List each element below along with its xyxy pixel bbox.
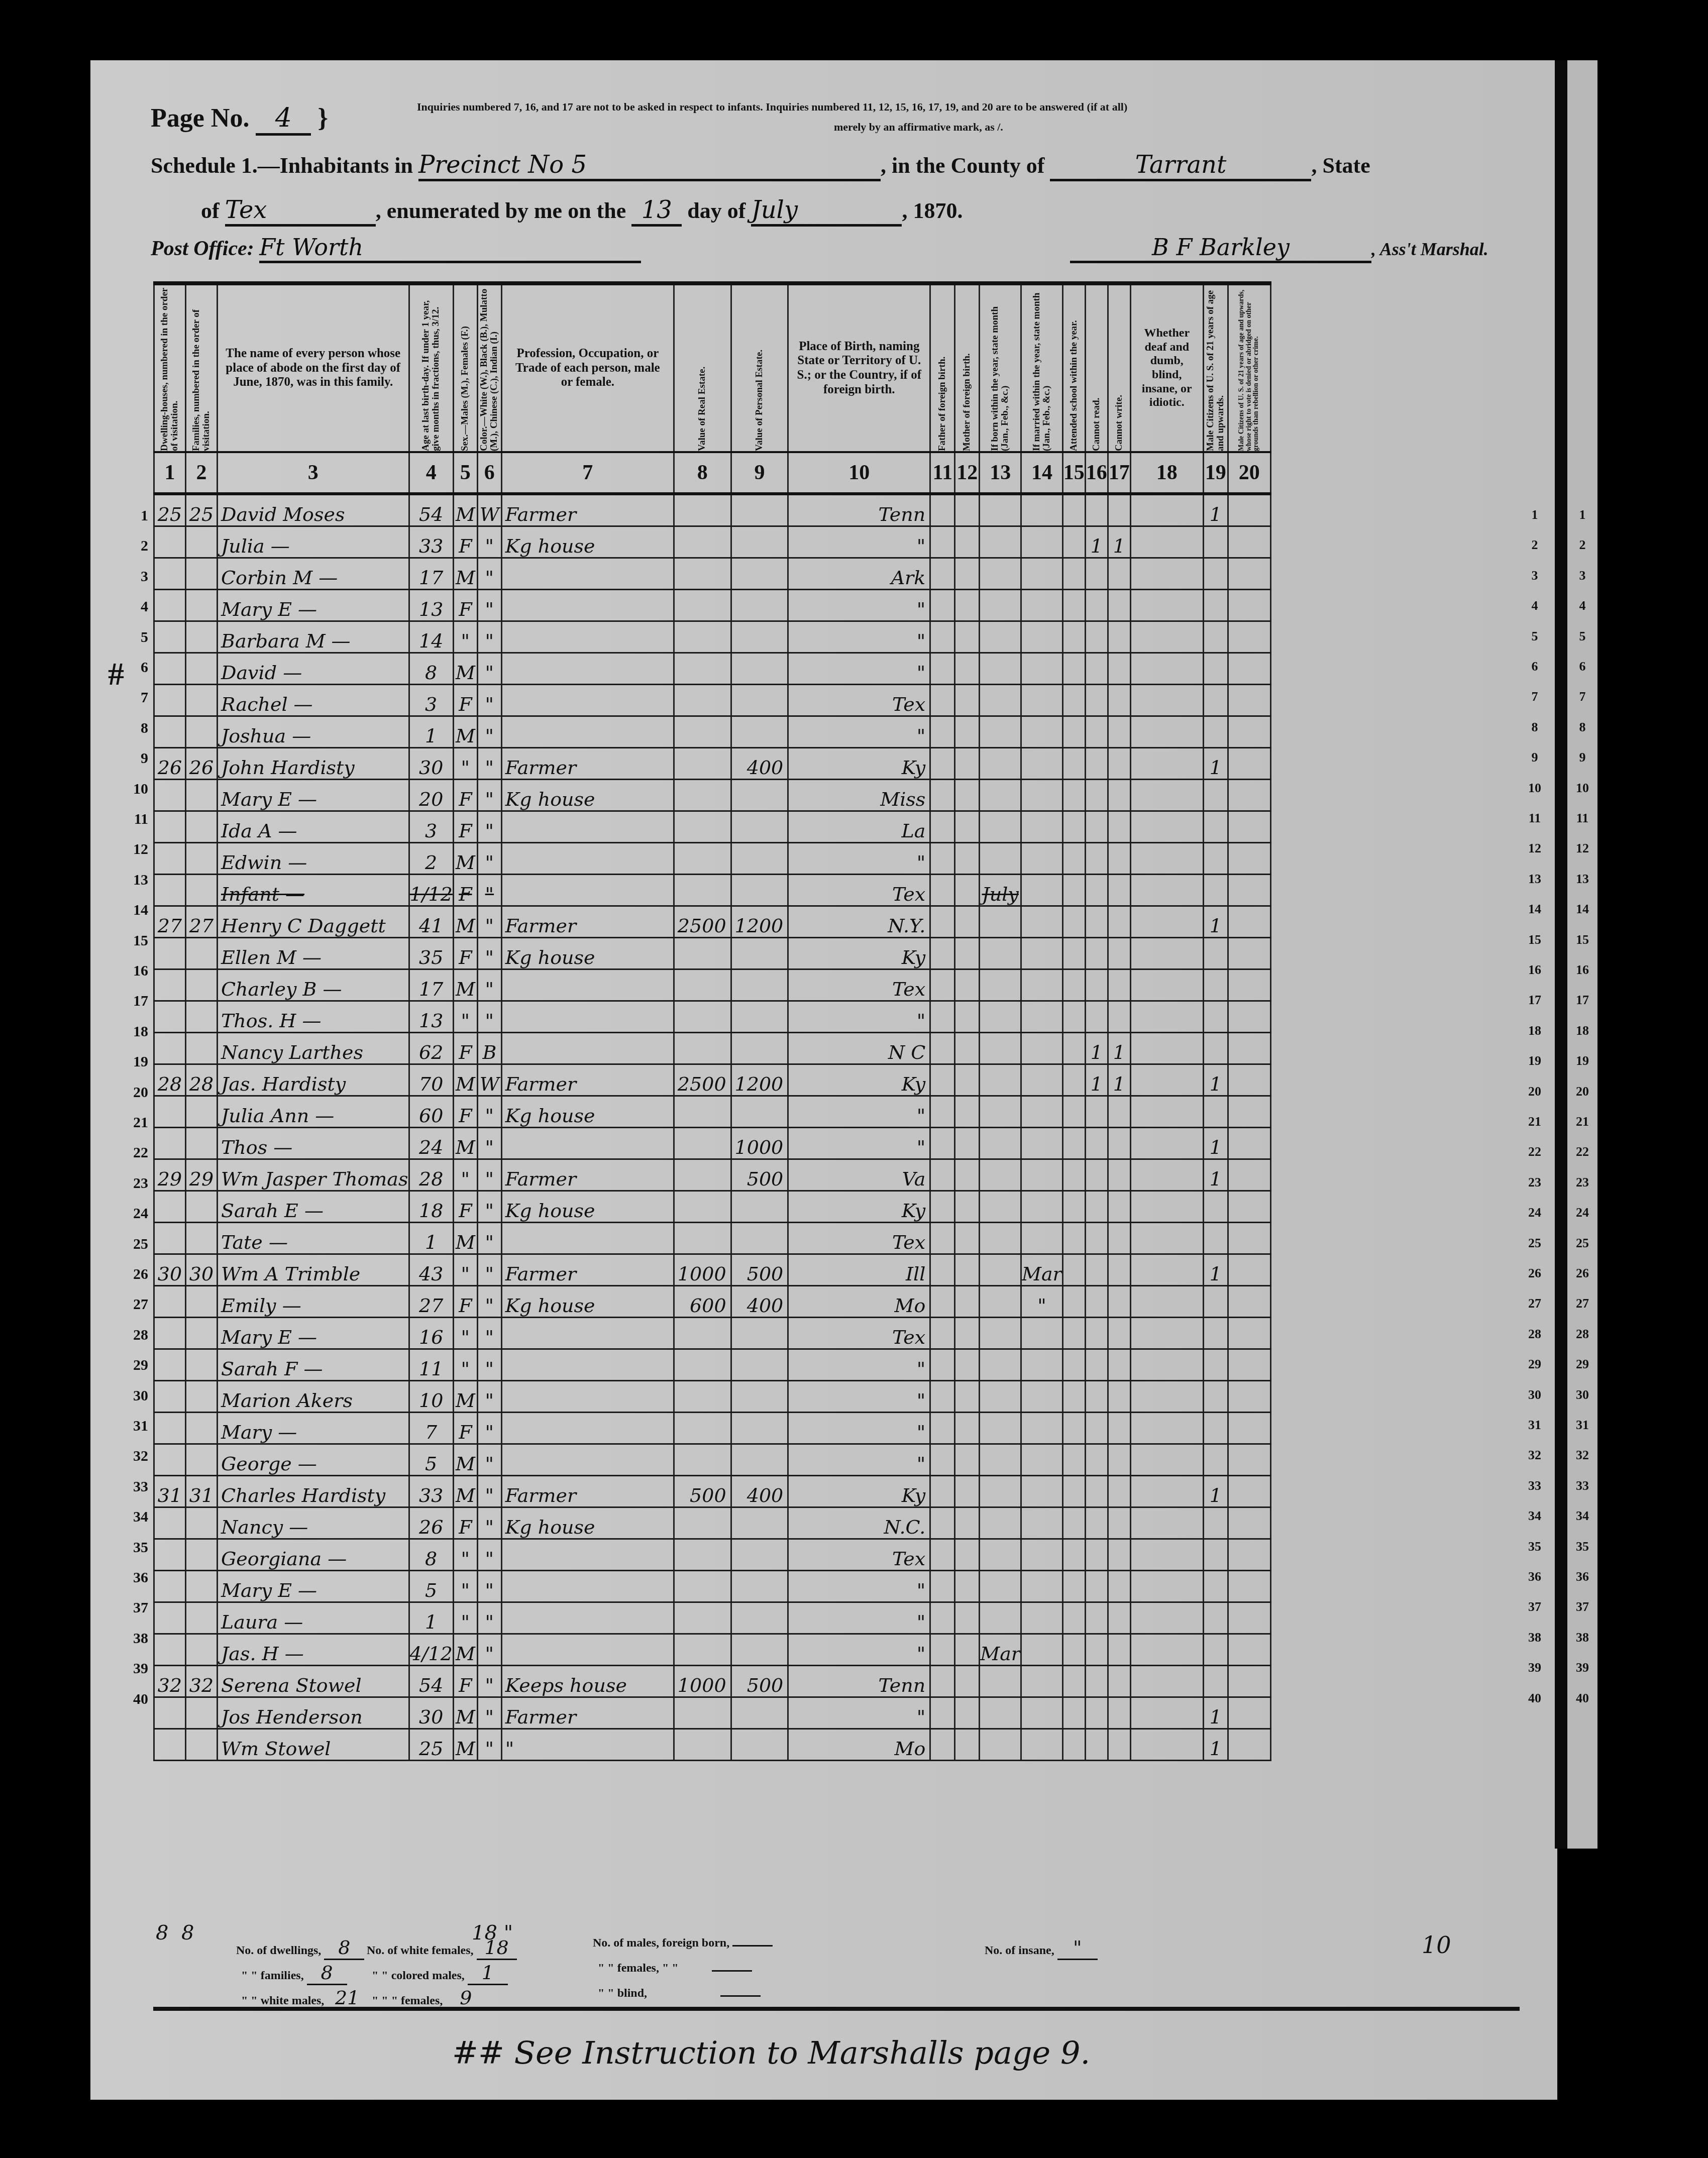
column-number-7: 7 [501, 452, 674, 494]
occupation [501, 1634, 674, 1666]
census-rows: 2525David Moses54MWFarmerTenn1Julia —33F… [154, 494, 1271, 1761]
sex: F [453, 1507, 477, 1539]
cannot-write [1108, 1413, 1130, 1444]
col-personal-estate-header: Value of Personal Estate. [731, 283, 788, 452]
line-number-right: 29 [1522, 1357, 1547, 1372]
dwelling-number [154, 1697, 186, 1729]
column-number-18: 18 [1130, 452, 1203, 494]
line-number-left: 25 [118, 1236, 148, 1253]
mother-foreign [955, 1697, 980, 1729]
real-estate-value [674, 1096, 731, 1128]
line-number-left: 18 [118, 1023, 148, 1040]
citizen-mark [1203, 1444, 1228, 1476]
person-name: Julia — [218, 526, 409, 558]
personal-estate-value [731, 1381, 788, 1413]
personal-estate-value [731, 1539, 788, 1571]
vote-denied [1228, 748, 1270, 780]
married-month [1021, 811, 1063, 843]
census-row-33: Nancy —26F"Kg houseN.C. [154, 1507, 1271, 1539]
line-number-adjacent: 26 [1570, 1266, 1595, 1281]
person-name: Wm A Trimble [218, 1254, 409, 1286]
attended-school [1062, 1729, 1085, 1761]
month-field: July [751, 196, 902, 227]
line-number-left: 37 [118, 1599, 148, 1616]
census-row-24: Tate —1M"Tex [154, 1223, 1271, 1254]
attended-school [1062, 969, 1085, 1001]
father-foreign [930, 1539, 955, 1571]
father-foreign [930, 1223, 955, 1254]
person-name: Serena Stowel [218, 1666, 409, 1697]
mother-foreign [955, 1318, 980, 1349]
age: 43 [409, 1254, 453, 1286]
vote-denied [1228, 811, 1270, 843]
column-number-13: 13 [980, 452, 1021, 494]
line-number-right: 26 [1522, 1266, 1547, 1281]
mother-foreign [955, 906, 980, 938]
sex: F [453, 526, 477, 558]
married-month: Mar [1021, 1254, 1063, 1286]
col-family-header: Families, numbered in the order of visit… [186, 283, 218, 452]
citizen-mark: 1 [1203, 1697, 1228, 1729]
person-name: Edwin — [218, 843, 409, 875]
disability [1130, 1634, 1203, 1666]
cannot-read [1085, 653, 1108, 685]
line-number-adjacent: 11 [1570, 811, 1595, 826]
line-number-adjacent: 40 [1570, 1691, 1595, 1706]
person-name: Barbara M — [218, 621, 409, 653]
person-name: Jas. H — [218, 1634, 409, 1666]
attended-school [1062, 1001, 1085, 1033]
vote-denied [1228, 1191, 1270, 1223]
age: 27 [409, 1286, 453, 1318]
family-number [186, 590, 218, 621]
attended-school [1062, 1254, 1085, 1286]
cannot-read [1085, 1413, 1108, 1444]
cannot-write [1108, 1539, 1130, 1571]
county-field: Tarrant [1050, 151, 1311, 181]
dwelling-number [154, 1191, 186, 1223]
color: " [477, 1223, 501, 1254]
father-foreign [930, 1159, 955, 1191]
age: 70 [409, 1064, 453, 1096]
dwelling-number [154, 1128, 186, 1159]
cannot-write [1108, 1001, 1130, 1033]
occupation: Kg house [501, 938, 674, 969]
dwelling-number [154, 1286, 186, 1318]
person-name: Sarah F — [218, 1349, 409, 1381]
line-number-adjacent: 5 [1570, 629, 1595, 644]
born-month [980, 685, 1021, 716]
column-number-4: 4 [409, 452, 453, 494]
sex: " [453, 1602, 477, 1634]
cannot-read [1085, 1697, 1108, 1729]
cannot-write [1108, 1697, 1130, 1729]
cannot-write [1108, 1634, 1130, 1666]
birthplace: " [788, 1634, 930, 1666]
age: 30 [409, 1697, 453, 1729]
line-number-adjacent: 24 [1570, 1205, 1595, 1220]
census-row-4: Mary E —13F"" [154, 590, 1271, 621]
vote-denied [1228, 590, 1270, 621]
footnote-annotation: ## See Instruction to Marshalls page 9. [452, 2034, 1090, 2071]
disability [1130, 1096, 1203, 1128]
attended-school [1062, 1191, 1085, 1223]
personal-estate-value [731, 558, 788, 590]
born-month [980, 1318, 1021, 1349]
occupation [501, 1571, 674, 1602]
dwelling-number [154, 590, 186, 621]
personal-estate-value [731, 1096, 788, 1128]
father-foreign [930, 1349, 955, 1381]
vote-denied [1228, 969, 1270, 1001]
sex: F [453, 1413, 477, 1444]
personal-estate-value [731, 938, 788, 969]
mother-foreign [955, 1602, 980, 1634]
color: " [477, 1571, 501, 1602]
person-name: Mary E — [218, 780, 409, 811]
line-number-right: 3 [1522, 568, 1547, 583]
married-month [1021, 1697, 1063, 1729]
occupation [501, 1602, 674, 1634]
vote-denied [1228, 621, 1270, 653]
age: 20 [409, 780, 453, 811]
born-month [980, 1286, 1021, 1318]
census-row-20: Julia Ann —60F"Kg house" [154, 1096, 1271, 1128]
real-estate-value [674, 1001, 731, 1033]
age: 1 [409, 1602, 453, 1634]
vote-denied [1228, 558, 1270, 590]
column-number-1: 1 [154, 452, 186, 494]
citizen-mark: 1 [1203, 1254, 1228, 1286]
census-row-15: Ellen M —35F"Kg houseKy [154, 938, 1271, 969]
born-month [980, 1476, 1021, 1507]
attended-school [1062, 1413, 1085, 1444]
mother-foreign [955, 558, 980, 590]
father-foreign [930, 1001, 955, 1033]
post-office-line: Post Office: Ft Worth [151, 234, 641, 263]
sex: F [453, 811, 477, 843]
marshal-line: B F Barkley, Ass't Marshal. [1070, 234, 1488, 263]
personal-estate-value [731, 1413, 788, 1444]
dwelling-number [154, 653, 186, 685]
real-estate-value [674, 685, 731, 716]
sex: F [453, 1286, 477, 1318]
color: " [477, 780, 501, 811]
census-row-8: Joshua —1M"" [154, 716, 1271, 748]
birthplace: Ark [788, 558, 930, 590]
vote-denied [1228, 1254, 1270, 1286]
col-vote-denied-header: Male Citizens of U. S. of 21 years of ag… [1228, 283, 1270, 452]
color: " [477, 1539, 501, 1571]
disability [1130, 1064, 1203, 1096]
birthplace: Tex [788, 1539, 930, 1571]
citizen-mark [1203, 1223, 1228, 1254]
family-number [186, 1033, 218, 1064]
line-number-adjacent: 12 [1570, 841, 1595, 856]
line-number-left: 32 [118, 1448, 148, 1465]
personal-estate-value [731, 875, 788, 906]
father-foreign [930, 938, 955, 969]
disability [1130, 1381, 1203, 1413]
father-foreign [930, 1571, 955, 1602]
column-number-row: 1234567891011121314151617181920 [154, 452, 1271, 494]
dwelling-number [154, 716, 186, 748]
column-number-11: 11 [930, 452, 955, 494]
cannot-write [1108, 1286, 1130, 1318]
cannot-write [1108, 1349, 1130, 1381]
occupation: Keeps house [501, 1666, 674, 1697]
father-foreign [930, 1381, 955, 1413]
cannot-write [1108, 1476, 1130, 1507]
cannot-write [1108, 906, 1130, 938]
vote-denied [1228, 1033, 1270, 1064]
birthplace: " [788, 1444, 930, 1476]
cannot-read [1085, 1254, 1108, 1286]
father-foreign [930, 1254, 955, 1286]
cannot-read [1085, 494, 1108, 526]
cannot-read [1085, 875, 1108, 906]
birthplace: Ill [788, 1254, 930, 1286]
age: 35 [409, 938, 453, 969]
cannot-read [1085, 1507, 1108, 1539]
married-month [1021, 1318, 1063, 1349]
married-month [1021, 843, 1063, 875]
census-row-16: Charley B —17M"Tex [154, 969, 1271, 1001]
census-row-31: George —5M"" [154, 1444, 1271, 1476]
occupation: Farmer [501, 1476, 674, 1507]
cannot-read [1085, 1666, 1108, 1697]
dwelling-number: 29 [154, 1159, 186, 1191]
dwelling-number [154, 685, 186, 716]
occupation [501, 1444, 674, 1476]
birthplace: " [788, 716, 930, 748]
dwelling-number [154, 1539, 186, 1571]
father-foreign [930, 1413, 955, 1444]
line-number-left: 5 [118, 629, 148, 646]
born-month [980, 780, 1021, 811]
dwelling-number [154, 969, 186, 1001]
real-estate-value [674, 1539, 731, 1571]
enumeration-line: of Tex, enumerated by me on the 13 day o… [201, 196, 963, 227]
mother-foreign [955, 1413, 980, 1444]
cannot-write [1108, 1254, 1130, 1286]
attended-school [1062, 716, 1085, 748]
census-row-40: Wm Stowel25M""Mo1 [154, 1729, 1271, 1761]
column-number-20: 20 [1228, 452, 1270, 494]
line-number-adjacent: 31 [1570, 1418, 1595, 1433]
census-row-26: Emily —27F"Kg house600400Mo" [154, 1286, 1271, 1318]
father-foreign [930, 1634, 955, 1666]
dwelling-number [154, 1602, 186, 1634]
born-month [980, 526, 1021, 558]
disability [1130, 1191, 1203, 1223]
cannot-write [1108, 1571, 1130, 1602]
real-estate-value [674, 1159, 731, 1191]
family-number: 25 [186, 494, 218, 526]
col-school-header: Attended school within the year. [1062, 283, 1085, 452]
dwelling-number [154, 938, 186, 969]
person-name: David — [218, 653, 409, 685]
family-number [186, 811, 218, 843]
attended-school [1062, 526, 1085, 558]
page-number: 4 [256, 103, 311, 136]
born-month [980, 1729, 1021, 1761]
sex: F [453, 590, 477, 621]
color: " [477, 685, 501, 716]
scan-border [0, 2100, 1708, 2158]
father-foreign [930, 1128, 955, 1159]
person-name: Corbin M — [218, 558, 409, 590]
sex: " [453, 1159, 477, 1191]
real-estate-value: 2500 [674, 906, 731, 938]
cannot-write [1108, 811, 1130, 843]
census-row-19: 2828Jas. Hardisty70MWFarmer25001200Ky111 [154, 1064, 1271, 1096]
personal-estate-value: 400 [731, 748, 788, 780]
vote-denied [1228, 1602, 1270, 1634]
real-estate-value [674, 875, 731, 906]
dwelling-number: 25 [154, 494, 186, 526]
attended-school [1062, 843, 1085, 875]
sex: F [453, 685, 477, 716]
citizen-mark [1203, 526, 1228, 558]
foreign-females-count: " " females, " " [598, 1962, 752, 1975]
personal-estate-value: 1200 [731, 906, 788, 938]
born-month [980, 558, 1021, 590]
attended-school [1062, 1349, 1085, 1381]
mother-foreign [955, 1571, 980, 1602]
marshal-signature: B F Barkley [1070, 234, 1371, 263]
attended-school [1062, 1539, 1085, 1571]
age: 8 [409, 653, 453, 685]
colored-males-count: " " colored males, 1 [372, 1962, 508, 1985]
line-number-adjacent: 1 [1570, 507, 1595, 522]
age: 17 [409, 969, 453, 1001]
census-row-36: Laura —1""" [154, 1602, 1271, 1634]
line-number-right: 31 [1522, 1418, 1547, 1433]
line-number-left: 24 [118, 1205, 148, 1222]
family-number [186, 1697, 218, 1729]
line-number-left: 35 [118, 1539, 148, 1556]
vote-denied [1228, 1476, 1270, 1507]
col-mother-foreign-header: Mother of foreign birth. [955, 283, 980, 452]
person-name: Marion Akers [218, 1381, 409, 1413]
real-estate-value [674, 1507, 731, 1539]
line-number-right: 1 [1522, 507, 1547, 522]
occupation [501, 685, 674, 716]
mother-foreign [955, 780, 980, 811]
attended-school [1062, 875, 1085, 906]
mother-foreign [955, 748, 980, 780]
sex: F [453, 780, 477, 811]
disability [1130, 1697, 1203, 1729]
married-month [1021, 1001, 1063, 1033]
age: 16 [409, 1318, 453, 1349]
citizen-mark [1203, 875, 1228, 906]
age: 14 [409, 621, 453, 653]
vote-denied [1228, 1349, 1270, 1381]
line-number-left: 13 [118, 872, 148, 889]
vote-denied [1228, 685, 1270, 716]
sex: M [453, 1729, 477, 1761]
person-name: Wm Jasper Thomas [218, 1159, 409, 1191]
father-foreign [930, 1666, 955, 1697]
dwelling-number [154, 1033, 186, 1064]
vote-denied [1228, 1128, 1270, 1159]
father-foreign [930, 621, 955, 653]
citizen-mark [1203, 1381, 1228, 1413]
line-number-adjacent: 17 [1570, 993, 1595, 1008]
line-number-left: 34 [118, 1508, 148, 1526]
disability [1130, 1729, 1203, 1761]
disability [1130, 1254, 1203, 1286]
cannot-write [1108, 938, 1130, 969]
occupation [501, 1381, 674, 1413]
married-month [1021, 969, 1063, 1001]
disability [1130, 938, 1203, 969]
foreign-males-count: No. of males, foreign born, [593, 1936, 773, 1950]
born-month [980, 1539, 1021, 1571]
personal-estate-value: 1000 [731, 1128, 788, 1159]
census-row-1: 2525David Moses54MWFarmerTenn1 [154, 494, 1271, 526]
vote-denied [1228, 1571, 1270, 1602]
sex: M [453, 969, 477, 1001]
cannot-read [1085, 1191, 1108, 1223]
attended-school [1062, 494, 1085, 526]
cannot-write [1108, 1223, 1130, 1254]
personal-estate-value [731, 1507, 788, 1539]
family-number [186, 1318, 218, 1349]
column-number-9: 9 [731, 452, 788, 494]
cannot-read [1085, 811, 1108, 843]
mother-foreign [955, 938, 980, 969]
color: " [477, 1191, 501, 1223]
age: 2 [409, 843, 453, 875]
person-name: Julia Ann — [218, 1096, 409, 1128]
father-foreign [930, 653, 955, 685]
citizen-mark [1203, 1602, 1228, 1634]
dwelling-number: 28 [154, 1064, 186, 1096]
color: W [477, 494, 501, 526]
vote-denied [1228, 1413, 1270, 1444]
real-estate-value [674, 558, 731, 590]
vote-denied [1228, 938, 1270, 969]
family-number [186, 1096, 218, 1128]
disability [1130, 590, 1203, 621]
age: 1 [409, 1223, 453, 1254]
married-month [1021, 1349, 1063, 1381]
attended-school [1062, 1033, 1085, 1064]
line-number-adjacent: 14 [1570, 902, 1595, 917]
dwelling-number [154, 1001, 186, 1033]
dwelling-number [154, 875, 186, 906]
line-number-right: 28 [1522, 1327, 1547, 1342]
birthplace: " [788, 1602, 930, 1634]
mother-foreign [955, 1223, 980, 1254]
married-month [1021, 1571, 1063, 1602]
married-month [1021, 590, 1063, 621]
real-estate-value [674, 1571, 731, 1602]
cannot-read [1085, 716, 1108, 748]
occupation [501, 1033, 674, 1064]
family-number [186, 875, 218, 906]
person-name: Nancy — [218, 1507, 409, 1539]
father-foreign [930, 1602, 955, 1634]
cannot-write [1108, 843, 1130, 875]
personal-estate-value [731, 653, 788, 685]
personal-estate-value [731, 1571, 788, 1602]
cannot-write [1108, 748, 1130, 780]
birthplace: N.Y. [788, 906, 930, 938]
